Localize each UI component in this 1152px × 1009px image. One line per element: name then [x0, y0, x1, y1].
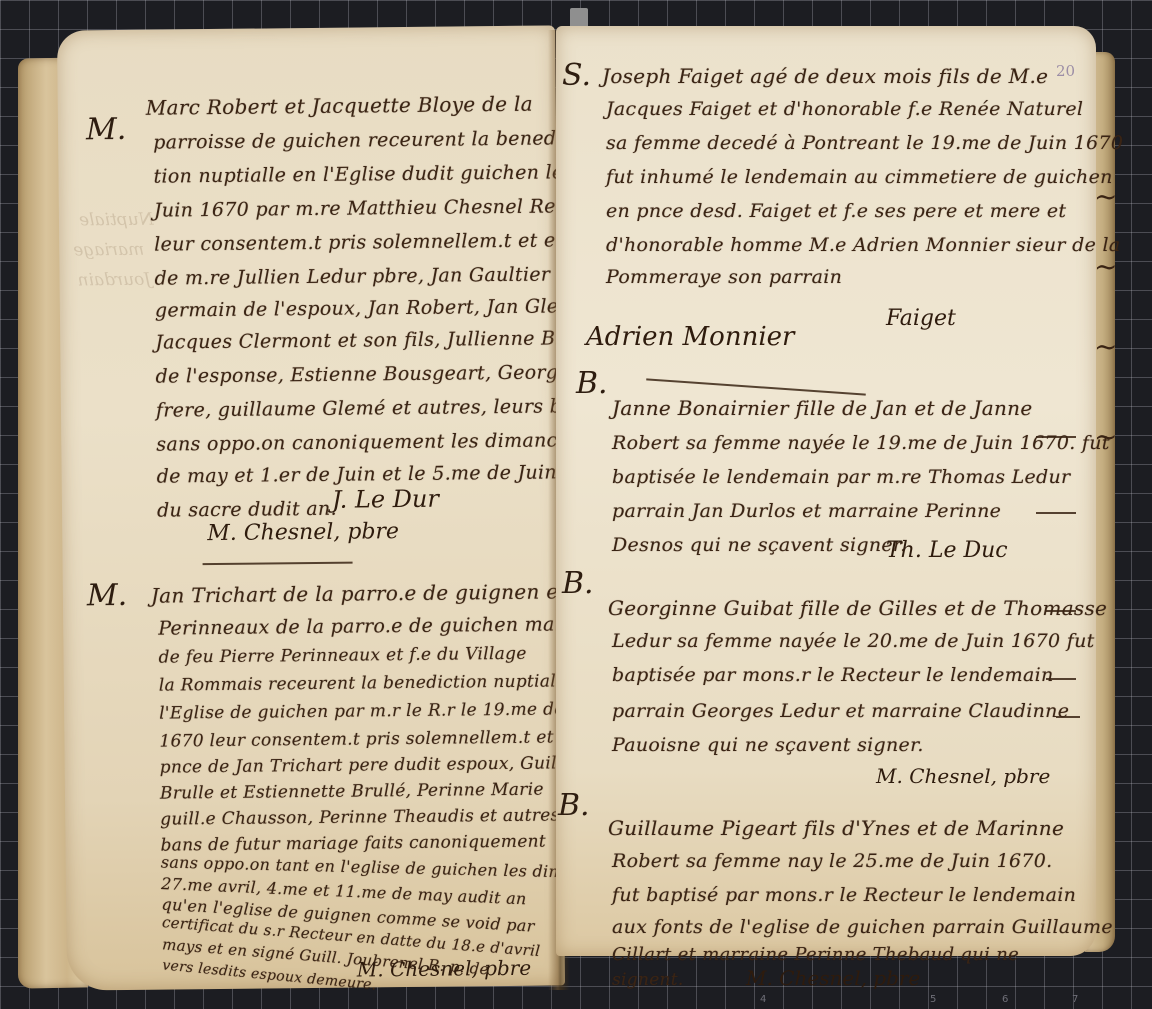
entry-line: aux fonts de l'eglise de guichen parrain… [612, 918, 1113, 937]
line-filler-dash [1056, 716, 1080, 718]
entry-line: en pnce desd. Faiget et f.e ses pere et … [606, 202, 1066, 221]
entry-marker: M. [86, 112, 127, 147]
entry-line: germain de l'espoux, Jan Robert, Jan Gle… [155, 297, 595, 321]
entry-line: fut baptisé par mons.r le Recteur le len… [612, 886, 1076, 905]
line-filler-dash [1046, 610, 1076, 612]
entry-line: Cillart et marraine Perinne Thebaud qui … [612, 946, 1019, 964]
entry-line: fut inhumé le lendemain au cimmetiere de… [606, 168, 1113, 187]
entry-line: parroisse de guichen receurent la benedi… [153, 129, 580, 152]
entry-line: Joseph Faiget agé de deux mois fils de M… [602, 66, 1048, 86]
entry-line: baptisée le lendemain par m.re Thomas Le… [612, 468, 1070, 487]
entry-line: parrain Jan Durlos et marraine Perinne [612, 502, 1001, 521]
signature-chesnel: M. Chesnel, pbre [207, 519, 399, 546]
entry-line: baptisée par mons.r le Recteur le lendem… [612, 666, 1054, 685]
entry-line: Georginne Guibat fille de Gilles et de T… [608, 598, 1107, 618]
entry-marker: S. [562, 58, 591, 93]
left-page: Nuptiale mariage Jourdain M. Marc Robert… [57, 25, 565, 990]
margin-bracket-mark: ~ [1094, 180, 1117, 213]
line-filler-dash [1046, 678, 1076, 680]
signature-flourish [646, 378, 866, 395]
entry-line: sa femme decedé à Pontreant le 19.me de … [606, 134, 1123, 153]
entry-line: Robert sa femme nay le 25.me de Juin 167… [612, 852, 1052, 871]
signature-chesnel: M. Chesnel, pbre [876, 764, 1050, 788]
signature-faiget: Faiget [886, 306, 956, 331]
entry-line: Guillaume Pigeart fils d'Ynes et de Mari… [608, 818, 1064, 838]
line-filler-dash [1036, 436, 1076, 438]
entry-line: Pommeraye son parrain [606, 268, 842, 287]
signature-ledur: J. Le Dur [332, 485, 439, 514]
entry-line: parrain Georges Ledur et marraine Claudi… [612, 702, 1069, 721]
entry-marker: B. [576, 366, 608, 401]
entry-line: signent. [612, 972, 684, 989]
entry-line: l'Eglise de guichen par m.r le R.r le 19… [159, 701, 589, 722]
open-register-book: Nuptiale mariage Jourdain M. Marc Robert… [0, 0, 1152, 1009]
entry-line: Juin 1670 par m.re Matthieu Chesnel Rect… [154, 197, 608, 221]
entry-line: bans de futur mariage faits canoniquemen… [160, 834, 546, 855]
bleed-through-text: Nuptiale [79, 210, 154, 231]
margin-bracket-mark: ~ [1094, 330, 1117, 363]
line-filler-dash [1036, 512, 1076, 514]
entry-marker: M. [87, 578, 128, 613]
signature-monnier: Adrien Monnier [586, 322, 794, 352]
ruler-number: 6 [1002, 994, 1008, 1005]
ruler-number: 7 [1072, 994, 1078, 1005]
entry-line: de feu Pierre Perinneaux et f.e du Villa… [158, 646, 526, 667]
entry-line: Desnos qui ne sçavent signer. [612, 536, 907, 555]
margin-bracket-mark: ~ [1094, 250, 1117, 283]
entry-line: Pauoisne qui ne sçavent signer. [612, 736, 924, 755]
right-page: 20 S. Joseph Faiget agé de deux mois fil… [556, 26, 1096, 956]
entry-line: Jacques Faiget et d'honorable f.e Renée … [606, 100, 1083, 119]
entry-line: pnce de Jan Trichart pere dudit espoux, … [160, 755, 563, 776]
entry-line: 1670 leur consentem.t pris solemnellem.t… [159, 729, 581, 750]
bleed-through-text: mariage [73, 240, 144, 261]
bleed-through-text: Jourdain [77, 270, 151, 291]
binding-tab [570, 8, 588, 28]
entry-line: la Rommais receurent la benediction nupt… [159, 673, 572, 694]
entry-line: de may et 1.er de Juin et le 5.me de Jui… [157, 463, 612, 487]
ruler-number: 5 [930, 994, 936, 1005]
entry-line: d'honorable homme M.e Adrien Monnier sie… [606, 236, 1121, 255]
signature-chesnel: M. Chesnel, pbre [746, 966, 920, 990]
entry-line: Brulle et Estiennette Brullé, Perinne Ma… [160, 782, 544, 803]
signature-underline [203, 562, 353, 566]
ruler-number: 4 [760, 994, 766, 1005]
folio-number: 20 [1056, 62, 1075, 80]
signature-leduc: Th. Le Duc [886, 538, 1008, 563]
entry-line: Marc Robert et Jacquette Bloye de la [146, 94, 533, 118]
signature-chesnel: M. Chesnel, pbre [357, 956, 532, 982]
entry-line: Jan Trichart de la parro.e de guignen et… [151, 581, 594, 606]
margin-bracket-mark: ~ [1094, 420, 1117, 453]
entry-line: Janne Bonairnier fille de Jan et de Jann… [612, 398, 1032, 418]
entry-line: Ledur sa femme nayée le 20.me de Juin 16… [612, 632, 1095, 651]
entry-marker: B. [558, 788, 590, 823]
entry-line: du sacre dudit an. [157, 500, 337, 521]
entry-marker: B. [562, 566, 594, 601]
